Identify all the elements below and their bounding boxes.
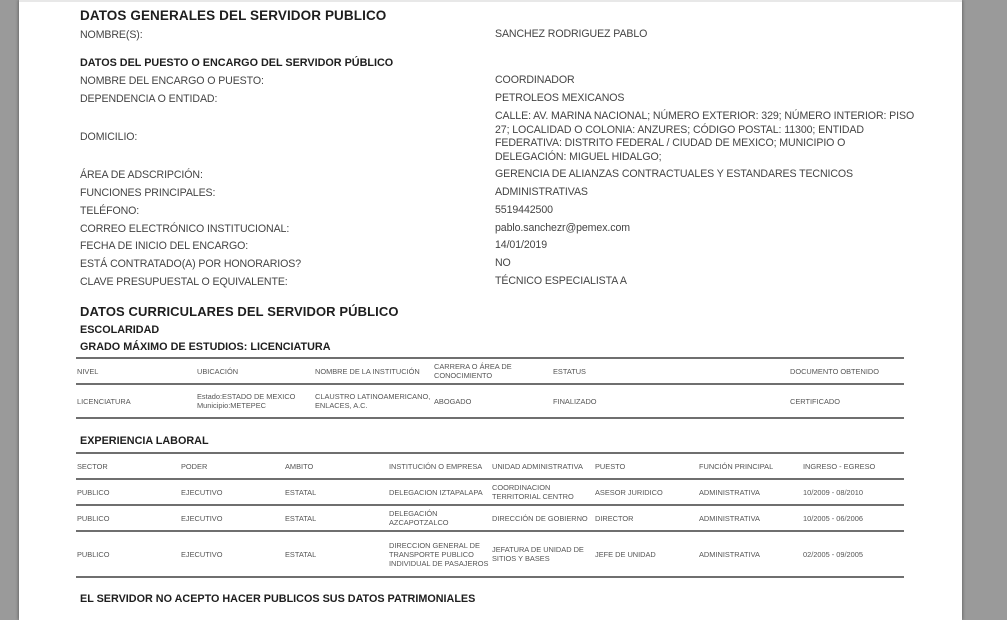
document-page: DATOS GENERALES DEL SERVIDOR PUBLICO NOM…	[19, 0, 962, 620]
escolaridad-table-cell: ABOGADO	[433, 384, 552, 418]
escolaridad-table-header-cell: CARRERA O ÁREA DE CONOCIMIENTO	[433, 358, 552, 384]
field-label-fecha-inicio: FECHA DE INICIO DEL ENCARGO:	[80, 240, 248, 252]
field-label-telefono: TELÉFONO:	[80, 205, 139, 217]
escolaridad-table-cell: CLAUSTRO LATINOAMERICANO, ENLACES, A.C.	[314, 384, 433, 418]
experiencia-table-header-cell: PUESTO	[594, 453, 698, 479]
field-label-funciones: FUNCIONES PRINCIPALES:	[80, 187, 215, 199]
experiencia-table-row: PUBLICOEJECUTIVOESTATALDELEGACIÓN AZCAPO…	[76, 505, 904, 531]
experiencia-table-cell: ESTATAL	[284, 479, 388, 505]
subsection-title-escolaridad: ESCOLARIDAD	[80, 324, 159, 336]
field-value-domicilio: CALLE: AV. MARINA NACIONAL; NÚMERO EXTER…	[495, 110, 915, 164]
escolaridad-table-header-cell: ESTATUS	[552, 358, 789, 384]
subsection-title-experiencia-laboral: EXPERIENCIA LABORAL	[80, 435, 209, 447]
experiencia-table-cell: DELEGACION IZTAPALAPA	[388, 479, 491, 505]
patrimonial-notice: EL SERVIDOR NO ACEPTO HACER PUBLICOS SUS…	[80, 593, 475, 605]
escolaridad-table-header-cell: DOCUMENTO OBTENIDO	[789, 358, 904, 384]
escolaridad-table-cell: FINALIZADO	[552, 384, 789, 418]
experiencia-table-cell: DIRECCIÓN DE GOBIERNO	[491, 505, 594, 531]
field-label-area-adscripcion: ÁREA DE ADSCRIPCIÓN:	[80, 169, 203, 181]
experiencia-table-cell: PUBLICO	[76, 505, 180, 531]
experiencia-table-cell: DELEGACIÓN AZCAPOTZALCO	[388, 505, 491, 531]
experiencia-table-cell: JEFATURA DE UNIDAD DE SITIOS Y BASES	[491, 531, 594, 577]
escolaridad-table-header-cell: NOMBRE DE LA INSTITUCIÓN	[314, 358, 433, 384]
escolaridad-table-row: LICENCIATURAEstado:ESTADO DE MEXICO Muni…	[76, 384, 904, 418]
escolaridad-table-cell: Estado:ESTADO DE MEXICO Municipio:METEPE…	[196, 384, 314, 418]
experiencia-table-row: PUBLICOEJECUTIVOESTATALDELEGACION IZTAPA…	[76, 479, 904, 505]
section-title-datos-generales: DATOS GENERALES DEL SERVIDOR PUBLICO	[80, 8, 386, 23]
field-label-clave-presupuestal: CLAVE PRESUPUESTAL O EQUIVALENTE:	[80, 276, 288, 288]
experiencia-table-cell: ESTATAL	[284, 531, 388, 577]
subsection-title-grado-maximo: GRADO MÁXIMO DE ESTUDIOS: LICENCIATURA	[80, 341, 331, 353]
field-value-nombre: SANCHEZ RODRIGUEZ PABLO	[495, 28, 647, 42]
experiencia-table-header-row: SECTORPODERAMBITOINSTITUCIÓN O EMPRESAUN…	[76, 453, 904, 479]
escolaridad-table-header-row: NIVELUBICACIÓNNOMBRE DE LA INSTITUCIÓNCA…	[76, 358, 904, 384]
experiencia-table-cell: ADMINISTRATIVA	[698, 479, 802, 505]
field-label-honorarios: ESTÁ CONTRATADO(A) POR HONORARIOS?	[80, 258, 301, 270]
section-title-datos-curriculares: DATOS CURRICULARES DEL SERVIDOR PÚBLICO	[80, 304, 399, 319]
experiencia-table-header-cell: INGRESO - EGRESO	[802, 453, 904, 479]
experiencia-table-row: PUBLICOEJECUTIVOESTATALDIRECCION GENERAL…	[76, 531, 904, 577]
experiencia-table-cell: ESTATAL	[284, 505, 388, 531]
field-label-encargo: NOMBRE DEL ENCARGO O PUESTO:	[80, 75, 264, 87]
experiencia-table-header-cell: INSTITUCIÓN O EMPRESA	[388, 453, 491, 479]
experiencia-table-cell: EJECUTIVO	[180, 505, 284, 531]
experiencia-table-cell: DIRECCION GENERAL DE TRANSPORTE PUBLICO …	[388, 531, 491, 577]
field-value-clave-presupuestal: TÉCNICO ESPECIALISTA A	[495, 275, 627, 289]
experiencia-table-header-cell: UNIDAD ADMINISTRATIVA	[491, 453, 594, 479]
experiencia-table-header-cell: SECTOR	[76, 453, 180, 479]
section-title-datos-puesto: DATOS DEL PUESTO O ENCARGO DEL SERVIDOR …	[80, 57, 393, 69]
field-label-nombre: NOMBRE(S):	[80, 29, 143, 41]
field-label-domicilio: DOMICILIO:	[80, 131, 137, 143]
field-value-dependencia: PETROLEOS MEXICANOS	[495, 92, 624, 106]
experiencia-table-header-cell: FUNCIÓN PRINCIPAL	[698, 453, 802, 479]
experiencia-table-cell: COORDINACION TERRITORIAL CENTRO	[491, 479, 594, 505]
experiencia-table-cell: DIRECTOR	[594, 505, 698, 531]
field-label-correo: CORREO ELECTRÓNICO INSTITUCIONAL:	[80, 223, 289, 235]
experiencia-table-cell: ADMINISTRATIVA	[698, 505, 802, 531]
field-value-correo: pablo.sanchezr@pemex.com	[495, 222, 630, 236]
field-value-area-adscripcion: GERENCIA DE ALIANZAS CONTRACTUALES Y EST…	[495, 168, 853, 182]
escolaridad-table-cell: CERTIFICADO	[789, 384, 904, 418]
field-label-dependencia: DEPENDENCIA O ENTIDAD:	[80, 93, 217, 105]
experiencia-table-header-cell: AMBITO	[284, 453, 388, 479]
escolaridad-table-header-cell: NIVEL	[76, 358, 196, 384]
field-value-funciones: ADMINISTRATIVAS	[495, 186, 588, 200]
field-value-encargo: COORDINADOR	[495, 74, 575, 88]
field-value-telefono: 5519442500	[495, 204, 553, 218]
escolaridad-table: NIVELUBICACIÓNNOMBRE DE LA INSTITUCIÓNCA…	[76, 357, 904, 419]
experiencia-table-cell: PUBLICO	[76, 479, 180, 505]
experiencia-table-cell: PUBLICO	[76, 531, 180, 577]
escolaridad-table-cell: LICENCIATURA	[76, 384, 196, 418]
experiencia-table-cell: EJECUTIVO	[180, 479, 284, 505]
experiencia-table-cell: 10/2005 - 06/2006	[802, 505, 904, 531]
experiencia-table-header-cell: PODER	[180, 453, 284, 479]
experiencia-table-cell: ADMINISTRATIVA	[698, 531, 802, 577]
experiencia-table-cell: 02/2005 - 09/2005	[802, 531, 904, 577]
experiencia-laboral-table: SECTORPODERAMBITOINSTITUCIÓN O EMPRESAUN…	[76, 452, 904, 578]
experiencia-table-cell: JEFE DE UNIDAD	[594, 531, 698, 577]
experiencia-table-cell: ASESOR JURIDICO	[594, 479, 698, 505]
experiencia-table-cell: EJECUTIVO	[180, 531, 284, 577]
escolaridad-table-header-cell: UBICACIÓN	[196, 358, 314, 384]
experiencia-table-cell: 10/2009 - 08/2010	[802, 479, 904, 505]
field-value-fecha-inicio: 14/01/2019	[495, 239, 547, 253]
field-value-honorarios: NO	[495, 257, 511, 271]
